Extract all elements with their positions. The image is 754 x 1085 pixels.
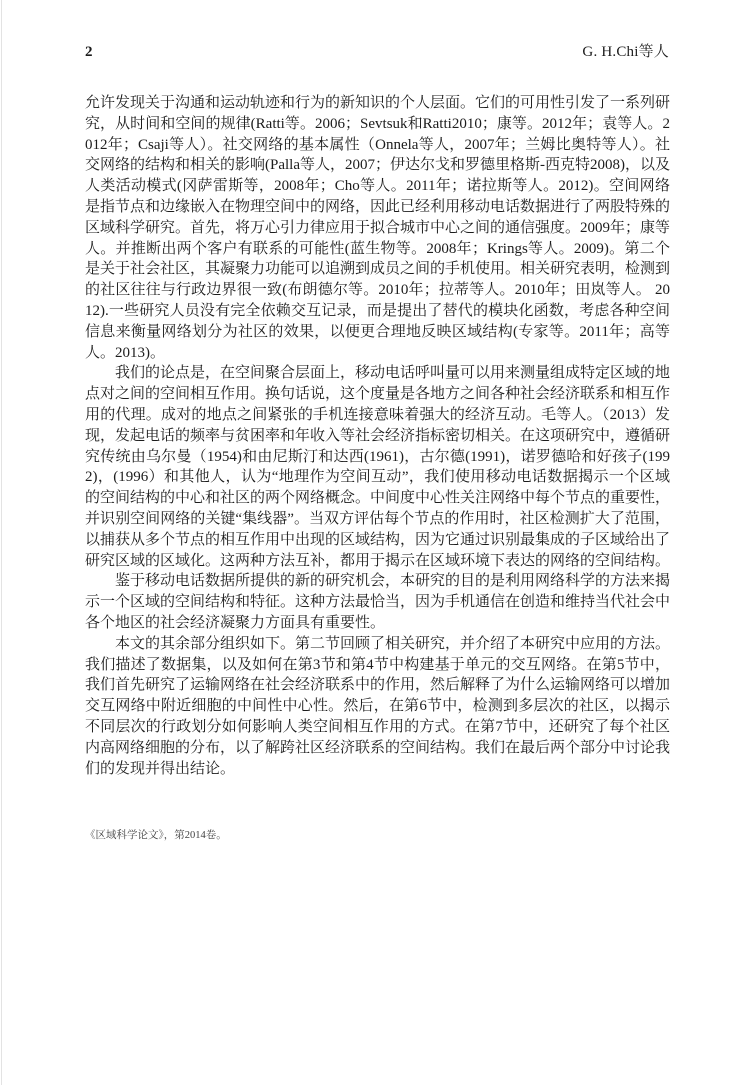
document-page: 2 G. H.Chi等人 允许发现关于沟通和运动轨迹和行为的新知识的个人层面。它… [0,0,754,1085]
paragraph-3: 鉴于移动电话数据所提供的新的研究机会，本研究的目的是利用网络科学的方法来揭示一个… [85,571,670,633]
page-number: 2 [85,44,93,60]
page-body: 允许发现关于沟通和运动轨迹和行为的新知识的个人层面。它们的可用性引发了一系列研究… [85,93,670,779]
running-head: G. H.Chi等人 [582,44,669,60]
journal-volume-note: 《区域科学论文》，第2014卷。 [85,830,227,841]
paragraph-1: 允许发现关于沟通和运动轨迹和行为的新知识的个人层面。它们的可用性引发了一系列研究… [85,93,670,363]
paragraph-2: 我们的论点是，在空间聚合层面上，移动电话呼叫量可以用来测量组成特定区域的地点对之… [85,363,670,571]
page-footer: 《区域科学论文》，第2014卷。 [85,829,227,842]
page-header: 2 G. H.Chi等人 [85,44,669,60]
paragraph-4: 本文的其余部分组织如下。第二节回顾了相关研究，并介绍了本研究中应用的方法。我们描… [85,634,670,780]
